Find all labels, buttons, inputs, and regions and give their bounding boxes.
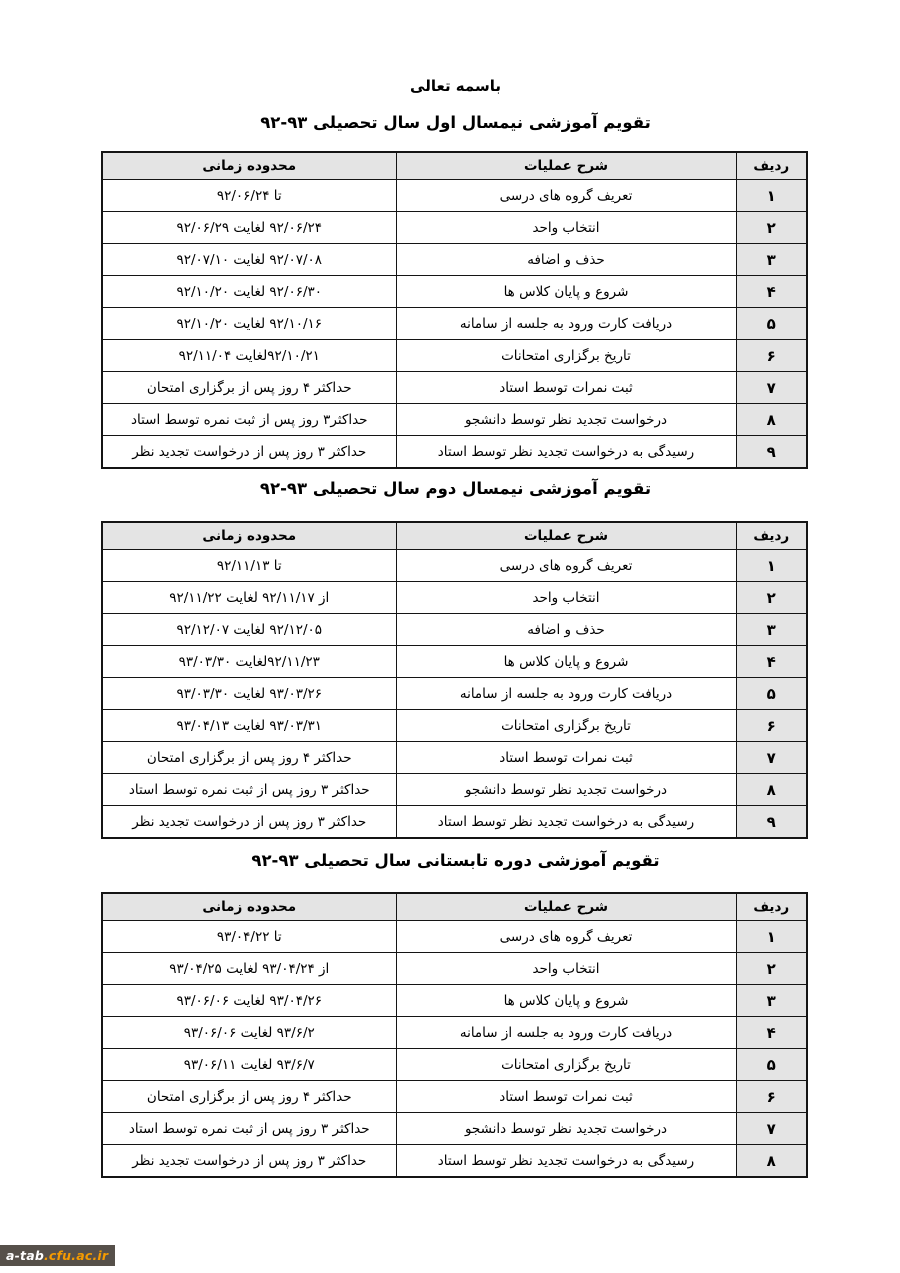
- row-number-cell: ۴: [736, 646, 807, 678]
- table-row: ۳حذف و اضافه۹۲/۰۷/۰۸ لغایت ۹۲/۰۷/۱۰: [102, 244, 807, 276]
- calendar-table-summer-term: ردیف شرح عملیات محدوده زمانی ۱تعریف گروه…: [101, 892, 808, 1178]
- header-row: ردیف شرح عملیات محدوده زمانی: [102, 522, 807, 550]
- row-number-cell: ۵: [736, 1049, 807, 1081]
- header-row: ردیف شرح عملیات محدوده زمانی: [102, 893, 807, 921]
- col-header-time-range: محدوده زمانی: [102, 522, 396, 550]
- table-row: ۱تعریف گروه های درسیتا ۹۲/۰۶/۲۴: [102, 180, 807, 212]
- table-row: ۴شروع و پایان کلاس ها۹۲/۰۶/۳۰ لغایت ۹۲/۱…: [102, 276, 807, 308]
- table-row: ۶ثبت نمرات توسط استادحداکثر ۴ روز پس از …: [102, 1081, 807, 1113]
- watermark-suffix: .cfu.ac.ir: [44, 1248, 108, 1263]
- table-row: ۴شروع و پایان کلاس ها۹۲/۱۱/۲۳لغایت ۹۳/۰۳…: [102, 646, 807, 678]
- table-row: ۱تعریف گروه های درسیتا ۹۲/۱۱/۱۳: [102, 550, 807, 582]
- time-range-cell: ۹۲/۰۷/۰۸ لغایت ۹۲/۰۷/۱۰: [102, 244, 396, 276]
- table-title-second-semester: تقویم آموزشی نیمسال دوم سال تحصیلی ۹۳-۹۲: [103, 476, 808, 502]
- operation-cell: ثبت نمرات توسط استاد: [396, 372, 736, 404]
- time-range-cell: از ۹۲/۱۱/۱۷ لغایت ۹۲/۱۱/۲۲: [102, 582, 396, 614]
- operation-cell: حذف و اضافه: [396, 244, 736, 276]
- row-number-cell: ۶: [736, 340, 807, 372]
- table-row: ۶تاریخ برگزاری امتحانات۹۲/۱۰/۲۱لغایت ۹۲/…: [102, 340, 807, 372]
- time-range-cell: ۹۳/۰۳/۲۶ لغایت ۹۳/۰۳/۳۰: [102, 678, 396, 710]
- document-page: باسمه تعالی تقویم آموزشی نیمسال اول سال …: [103, 0, 808, 1178]
- row-number-cell: ۲: [736, 212, 807, 244]
- table-row: ۹رسیدگی به درخواست تجدید نظر توسط استادح…: [102, 806, 807, 839]
- operation-cell: درخواست تجدید نظر توسط دانشجو: [396, 1113, 736, 1145]
- operation-cell: انتخاب واحد: [396, 212, 736, 244]
- col-header-row-number: ردیف: [736, 893, 807, 921]
- operation-cell: رسیدگی به درخواست تجدید نظر توسط استاد: [396, 1145, 736, 1178]
- row-number-cell: ۷: [736, 1113, 807, 1145]
- row-number-cell: ۱: [736, 180, 807, 212]
- site-watermark: a-tab.cfu.ac.ir: [0, 1245, 115, 1266]
- calendar-table-first-semester: ردیف شرح عملیات محدوده زمانی ۱تعریف گروه…: [101, 151, 808, 469]
- time-range-cell: حداکثر ۳ روز پس از درخواست تجدید نظر: [102, 436, 396, 469]
- operation-cell: درخواست تجدید نظر توسط دانشجو: [396, 404, 736, 436]
- table-row: ۳حذف و اضافه۹۲/۱۲/۰۵ لغایت ۹۲/۱۲/۰۷: [102, 614, 807, 646]
- watermark-prefix: a-tab: [6, 1248, 44, 1263]
- table-row: ۷ثبت نمرات توسط استادحداکثر ۴ روز پس از …: [102, 372, 807, 404]
- col-header-time-range: محدوده زمانی: [102, 152, 396, 180]
- row-number-cell: ۵: [736, 308, 807, 340]
- table-row: ۸رسیدگی به درخواست تجدید نظر توسط استادح…: [102, 1145, 807, 1178]
- row-number-cell: ۸: [736, 1145, 807, 1178]
- operation-cell: تاریخ برگزاری امتحانات: [396, 710, 736, 742]
- table-row: ۲انتخاب واحداز ۹۳/۰۴/۲۴ لغایت ۹۳/۰۴/۲۵: [102, 953, 807, 985]
- time-range-cell: ۹۲/۱۲/۰۵ لغایت ۹۲/۱۲/۰۷: [102, 614, 396, 646]
- operation-cell: تاریخ برگزاری امتحانات: [396, 340, 736, 372]
- basmala-heading: باسمه تعالی: [103, 76, 808, 96]
- table-row: ۶تاریخ برگزاری امتحانات۹۳/۰۳/۳۱ لغایت ۹۳…: [102, 710, 807, 742]
- time-range-cell: ۹۲/۰۶/۲۴ لغایت ۹۲/۰۶/۲۹: [102, 212, 396, 244]
- operation-cell: تاریخ برگزاری امتحانات: [396, 1049, 736, 1081]
- row-number-cell: ۲: [736, 953, 807, 985]
- table-row: ۸درخواست تجدید نظر توسط دانشجوحداکثر۳ رو…: [102, 404, 807, 436]
- row-number-cell: ۹: [736, 436, 807, 469]
- row-number-cell: ۶: [736, 1081, 807, 1113]
- time-range-cell: ۹۳/۶/۲ لغایت ۹۳/۰۶/۰۶: [102, 1017, 396, 1049]
- operation-cell: انتخاب واحد: [396, 582, 736, 614]
- header-row: ردیف شرح عملیات محدوده زمانی: [102, 152, 807, 180]
- table-row: ۵تاریخ برگزاری امتحانات۹۳/۶/۷ لغایت ۹۳/۰…: [102, 1049, 807, 1081]
- operation-cell: تعریف گروه های درسی: [396, 550, 736, 582]
- table-row: ۷درخواست تجدید نظر توسط دانشجوحداکثر ۳ ر…: [102, 1113, 807, 1145]
- row-number-cell: ۸: [736, 404, 807, 436]
- row-number-cell: ۷: [736, 372, 807, 404]
- operation-cell: حذف و اضافه: [396, 614, 736, 646]
- row-number-cell: ۳: [736, 614, 807, 646]
- table-row: ۲انتخاب واحد۹۲/۰۶/۲۴ لغایت ۹۲/۰۶/۲۹: [102, 212, 807, 244]
- col-header-row-number: ردیف: [736, 522, 807, 550]
- table-row: ۳شروع و پایان کلاس ها۹۳/۰۴/۲۶ لغایت ۹۳/۰…: [102, 985, 807, 1017]
- operation-cell: ثبت نمرات توسط استاد: [396, 742, 736, 774]
- operation-cell: رسیدگی به درخواست تجدید نظر توسط استاد: [396, 436, 736, 469]
- table-row: ۷ثبت نمرات توسط استادحداکثر ۴ روز پس از …: [102, 742, 807, 774]
- row-number-cell: ۹: [736, 806, 807, 839]
- time-range-cell: ۹۲/۱۰/۲۱لغایت ۹۲/۱۱/۰۴: [102, 340, 396, 372]
- row-number-cell: ۳: [736, 985, 807, 1017]
- time-range-cell: حداکثر ۴ روز پس از برگزاری امتحان: [102, 372, 396, 404]
- row-number-cell: ۲: [736, 582, 807, 614]
- time-range-cell: ۹۳/۰۴/۲۶ لغایت ۹۳/۰۶/۰۶: [102, 985, 396, 1017]
- col-header-time-range: محدوده زمانی: [102, 893, 396, 921]
- operation-cell: دریافت کارت ورود به جلسه از سامانه: [396, 308, 736, 340]
- operation-cell: تعریف گروه های درسی: [396, 180, 736, 212]
- row-number-cell: ۴: [736, 1017, 807, 1049]
- col-header-operation: شرح عملیات: [396, 522, 736, 550]
- time-range-cell: از ۹۳/۰۴/۲۴ لغایت ۹۳/۰۴/۲۵: [102, 953, 396, 985]
- operation-cell: ثبت نمرات توسط استاد: [396, 1081, 736, 1113]
- operation-cell: انتخاب واحد: [396, 953, 736, 985]
- row-number-cell: ۷: [736, 742, 807, 774]
- row-number-cell: ۸: [736, 774, 807, 806]
- time-range-cell: ۹۲/۰۶/۳۰ لغایت ۹۲/۱۰/۲۰: [102, 276, 396, 308]
- row-number-cell: ۱: [736, 550, 807, 582]
- time-range-cell: ۹۲/۱۱/۲۳لغایت ۹۳/۰۳/۳۰: [102, 646, 396, 678]
- col-header-row-number: ردیف: [736, 152, 807, 180]
- calendar-table-second-semester: ردیف شرح عملیات محدوده زمانی ۱تعریف گروه…: [101, 521, 808, 839]
- row-number-cell: ۵: [736, 678, 807, 710]
- row-number-cell: ۱: [736, 921, 807, 953]
- time-range-cell: حداکثر ۳ روز پس از درخواست تجدید نظر: [102, 1145, 396, 1178]
- table-row: ۲انتخاب واحداز ۹۲/۱۱/۱۷ لغایت ۹۲/۱۱/۲۲: [102, 582, 807, 614]
- time-range-cell: حداکثر۳ روز پس از ثبت نمره توسط استاد: [102, 404, 396, 436]
- operation-cell: شروع و پایان کلاس ها: [396, 985, 736, 1017]
- table-row: ۸درخواست تجدید نظر توسط دانشجوحداکثر ۳ ر…: [102, 774, 807, 806]
- table-row: ۹رسیدگی به درخواست تجدید نظر توسط استادح…: [102, 436, 807, 469]
- row-number-cell: ۳: [736, 244, 807, 276]
- time-range-cell: ۹۲/۱۰/۱۶ لغایت ۹۲/۱۰/۲۰: [102, 308, 396, 340]
- table-row: ۱تعریف گروه های درسیتا ۹۳/۰۴/۲۲: [102, 921, 807, 953]
- operation-cell: شروع و پایان کلاس ها: [396, 646, 736, 678]
- time-range-cell: حداکثر ۳ روز پس از ثبت نمره توسط استاد: [102, 774, 396, 806]
- time-range-cell: تا ۹۳/۰۴/۲۲: [102, 921, 396, 953]
- col-header-operation: شرح عملیات: [396, 152, 736, 180]
- row-number-cell: ۶: [736, 710, 807, 742]
- time-range-cell: حداکثر ۴ روز پس از برگزاری امتحان: [102, 742, 396, 774]
- operation-cell: شروع و پایان کلاس ها: [396, 276, 736, 308]
- time-range-cell: ۹۳/۰۳/۳۱ لغایت ۹۳/۰۴/۱۳: [102, 710, 396, 742]
- table-row: ۴دریافت کارت ورود به جلسه از سامانه۹۳/۶/…: [102, 1017, 807, 1049]
- table-row: ۵دریافت کارت ورود به جلسه از سامانه۹۳/۰۳…: [102, 678, 807, 710]
- time-range-cell: حداکثر ۳ روز پس از ثبت نمره توسط استاد: [102, 1113, 396, 1145]
- operation-cell: دریافت کارت ورود به جلسه از سامانه: [396, 678, 736, 710]
- table-title-summer-term: تقویم آموزشی دوره تابستانی سال تحصیلی ۹۳…: [103, 848, 808, 874]
- col-header-operation: شرح عملیات: [396, 893, 736, 921]
- operation-cell: رسیدگی به درخواست تجدید نظر توسط استاد: [396, 806, 736, 839]
- table-row: ۵دریافت کارت ورود به جلسه از سامانه۹۲/۱۰…: [102, 308, 807, 340]
- time-range-cell: تا ۹۲/۰۶/۲۴: [102, 180, 396, 212]
- table-title-first-semester: تقویم آموزشی نیمسال اول سال تحصیلی ۹۳-۹۲: [103, 110, 808, 136]
- time-range-cell: ۹۳/۶/۷ لغایت ۹۳/۰۶/۱۱: [102, 1049, 396, 1081]
- row-number-cell: ۴: [736, 276, 807, 308]
- operation-cell: تعریف گروه های درسی: [396, 921, 736, 953]
- time-range-cell: تا ۹۲/۱۱/۱۳: [102, 550, 396, 582]
- operation-cell: درخواست تجدید نظر توسط دانشجو: [396, 774, 736, 806]
- time-range-cell: حداکثر ۳ روز پس از درخواست تجدید نظر: [102, 806, 396, 839]
- operation-cell: دریافت کارت ورود به جلسه از سامانه: [396, 1017, 736, 1049]
- time-range-cell: حداکثر ۴ روز پس از برگزاری امتحان: [102, 1081, 396, 1113]
